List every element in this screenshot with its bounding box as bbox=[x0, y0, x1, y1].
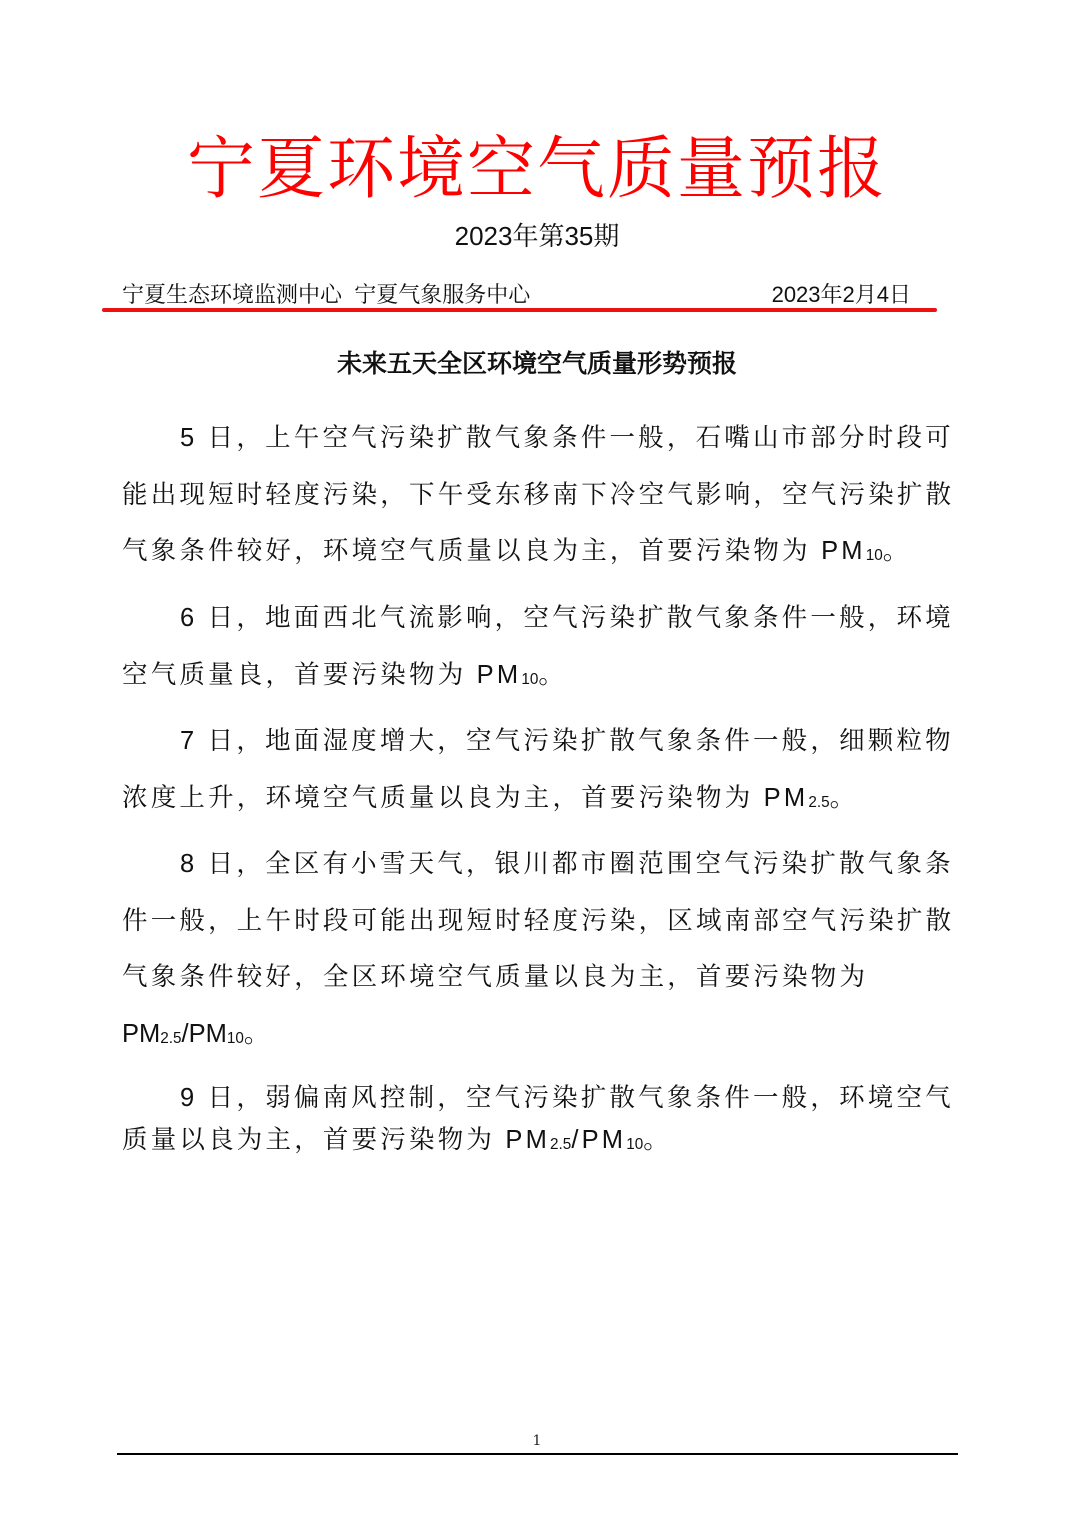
forecast-paragraph-day7: 7 日，地面湿度增大，空气污染扩散气象条件一般，细颗粒物 浓度上升，环境空气质量… bbox=[122, 721, 954, 834]
paragraph-line: PM2.5/PM10。 bbox=[122, 1014, 954, 1071]
pollutant-subscript: 10 bbox=[521, 670, 538, 687]
publishing-agencies: 宁夏生态环境监测中心 宁夏气象服务中心 bbox=[122, 280, 530, 310]
paragraph-line: 件一般，上午时段可能出现短时轻度污染，区域南部空气污染扩散 bbox=[122, 901, 954, 958]
paragraph-line: 质量以良为主，首要污染物为 PM2.5/PM10。 bbox=[122, 1120, 954, 1162]
forecast-paragraph-day5: 5 日，上午空气污染扩散气象条件一般，石嘴山市部分时段可 能出现短时轻度污染，下… bbox=[122, 418, 954, 588]
page-number: 1 bbox=[0, 1432, 1074, 1450]
paragraph-line: 气象条件较好，全区环境空气质量以良为主，首要污染物为 bbox=[122, 957, 954, 1014]
paragraph-line: 7 日，地面湿度增大，空气污染扩散气象条件一般，细颗粒物 bbox=[122, 721, 954, 778]
pollutant-subscript: 10 bbox=[227, 1029, 244, 1046]
pollutant-subscript: 2.5 bbox=[550, 1136, 571, 1153]
document-title: 宁夏环境空气质量预报 bbox=[0, 128, 1074, 212]
paragraph-line: 能出现短时轻度污染，下午受东移南下冷空气影响，空气污染扩散 bbox=[122, 475, 954, 532]
paragraph-line: 8 日，全区有小雪天气，银川都市圈范围空气污染扩散气象条 bbox=[122, 844, 954, 901]
forecast-paragraph-day8: 8 日，全区有小雪天气，银川都市圈范围空气污染扩散气象条 件一般，上午时段可能出… bbox=[122, 844, 954, 1070]
pollutant-subscript: 2.5 bbox=[160, 1029, 181, 1046]
pollutant-subscript: 10 bbox=[626, 1136, 643, 1153]
footer-divider bbox=[117, 1453, 958, 1455]
forecast-paragraph-day9: 9 日，弱偏南风控制，空气污染扩散气象条件一般，环境空气 质量以良为主，首要污染… bbox=[122, 1078, 954, 1162]
section-heading: 未来五天全区环境空气质量形势预报 bbox=[0, 346, 1074, 382]
paragraph-line: 5 日，上午空气污染扩散气象条件一般，石嘴山市部分时段可 bbox=[122, 418, 954, 475]
paragraph-line: 9 日，弱偏南风控制，空气污染扩散气象条件一般，环境空气 bbox=[122, 1078, 954, 1120]
paragraph-line: 浓度上升，环境空气质量以良为主，首要污染物为 PM2.5。 bbox=[122, 778, 954, 835]
paragraph-line: 气象条件较好，环境空气质量以良为主，首要污染物为 PM10。 bbox=[122, 531, 954, 588]
header-divider bbox=[102, 308, 937, 312]
pollutant-subscript: 2.5 bbox=[808, 793, 829, 810]
forecast-paragraph-day6: 6 日，地面西北气流影响，空气污染扩散气象条件一般，环境 空气质量良，首要污染物… bbox=[122, 598, 954, 711]
publish-date: 2023年2月4日 bbox=[772, 280, 911, 310]
issue-number: 2023年第35期 bbox=[0, 218, 1074, 254]
paragraph-line: 6 日，地面西北气流影响，空气污染扩散气象条件一般，环境 bbox=[122, 598, 954, 655]
pollutant-subscript: 10 bbox=[866, 547, 883, 564]
paragraph-line: 空气质量良，首要污染物为 PM10。 bbox=[122, 655, 954, 712]
